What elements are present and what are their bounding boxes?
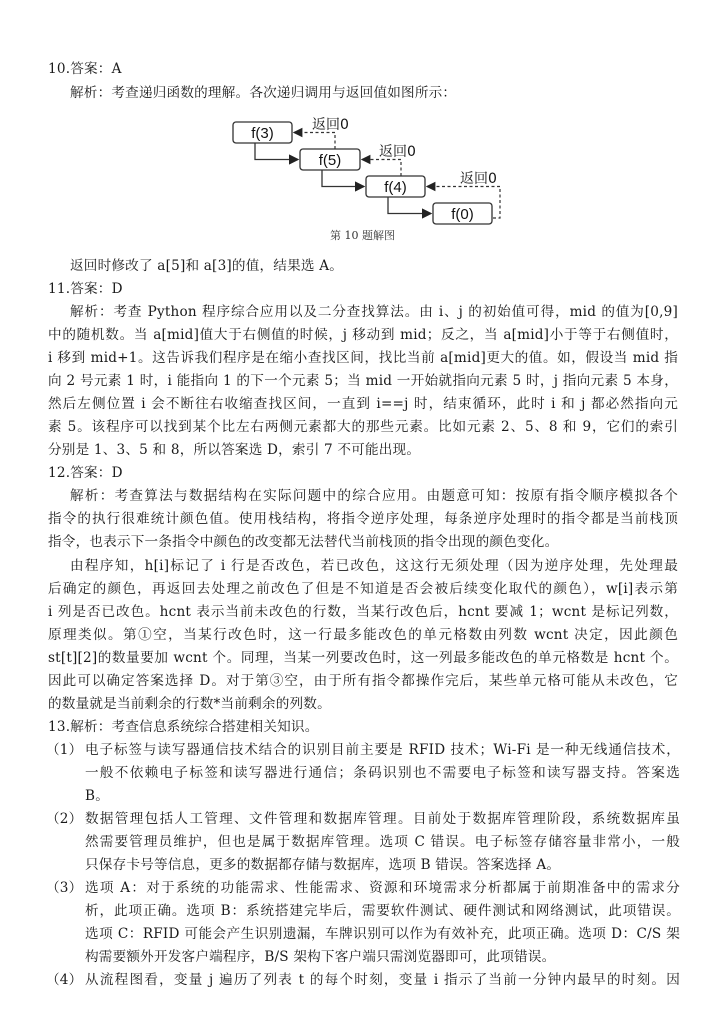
q12-line: 原理类似。第①空，当某行改色时，这一行最多能改色的单元格数由列数 wcnt 决定…: [48, 626, 678, 645]
q13-item-line: 电子标签与读写器通信技术结合的识别目前主要是 RFID 技术；Wi-Fi 是一种…: [85, 741, 680, 760]
figure-caption: 第 10 题解图: [0, 229, 725, 243]
node-f3: f(3): [233, 122, 292, 143]
return-arrow: [362, 160, 401, 177]
q10-answer: 10.答案：A: [48, 60, 122, 79]
q12-line: i 列是否已改色。hcnt 表示当前未改色的行数，当某行改色后，hcnt 要减 …: [48, 603, 678, 622]
q12-line: 解析：考查算法与数据结构在实际问题中的综合应用。由题意可知：按原有指令顺序模拟各…: [70, 487, 678, 506]
q13-item-line: 选项 C：RFID 可能会产生识别遗漏，车牌识别可以作为有效补充，此项正确。选项…: [85, 925, 680, 944]
q11-line: 向 2 号元素 1 时，i 能指向 1 的下一个元素 5；当 mid 一开始就指…: [48, 372, 678, 391]
node-f5: f(5): [300, 149, 360, 170]
return-label: 返回0: [379, 144, 416, 160]
q11-line: 解析：考查 Python 程序综合应用以及二分查找算法。由 i、j 的初始值可得…: [70, 303, 678, 322]
recursion-diagram: f(3) f(5) f(4) f(0) 返回0: [225, 112, 515, 232]
return-label: 返回0: [460, 171, 497, 187]
q11-answer: 11.答案：D: [48, 280, 123, 299]
q13-item-line: B。: [85, 787, 109, 806]
svg-text:f(0): f(0): [451, 206, 474, 223]
node-f0: f(0): [433, 203, 492, 224]
q12-line: 后确定的颜色，再返回去处理之前改色了但是不知道是否会被后续变化取代的颜色），w[…: [48, 580, 678, 599]
q13-item-label: （1）: [46, 741, 82, 760]
q12-line: 指令的执行很难统计颜色值。使用栈结构，将指令逆序处理，每条逆序处理时的指令都是当…: [48, 510, 678, 529]
q12-answer: 12.答案：D: [48, 464, 123, 483]
call-arrow: [388, 197, 431, 214]
q13-item-label: （3）: [46, 879, 82, 898]
svg-text:f(5): f(5): [319, 152, 342, 169]
q13-item-line: 析，此项正确。选项 B：系统搭建完毕后，需要软件测试、硬件测试和网络测试，此项错…: [85, 902, 680, 921]
call-arrow: [255, 143, 298, 160]
q13-item-line: 构需要额外开发客户端程序，B/S 架构下客户端只需浏览器即可，此项错误。: [85, 948, 555, 967]
q11-line: 然后左侧位置 i 会不断往右收缩查找区间，一直到 i==j 时，结束循环，此时 …: [48, 395, 678, 414]
q13-item-line: 数据管理包括人工管理、文件管理和数据库管理。目前处于数据库管理阶段，系统数据库虽: [85, 810, 680, 829]
q10-conclusion: 返回时修改了 a[5]和 a[3]的值，结果选 A。: [70, 257, 343, 276]
svg-text:f(4): f(4): [384, 179, 407, 196]
q13-item-line: 从流程图看，变量 j 遍历了列表 t 的每个时刻，变量 i 指示了当前一分钟内最…: [85, 971, 680, 990]
q11-line: 素 5。该程序可以找到某个比左右两侧元素都大的那些元素。比如元素 2、5、8 和…: [48, 418, 678, 437]
q12-line: 指令，也表示下一条指令中颜色的改变都无法替代当前栈顶的指令出现的颜色变化。: [48, 533, 558, 552]
q13-item-line: 然需要管理员维护，但也是属于数据库管理。选项 C 错误。电子标签存储容量非常小，…: [85, 833, 680, 852]
q13-item-line: 一般不依赖电子标签和读写器进行通信；条码识别也不需要电子标签和读写器支持。答案选: [85, 764, 680, 783]
q11-line: 分别是 1、3、5 和 8，所以答案选 D，索引 7 不可能出现。: [48, 441, 420, 460]
call-arrow: [322, 170, 364, 187]
return-label: 返回0: [312, 117, 349, 133]
q13-item-label: （4）: [46, 971, 82, 990]
document-page: 10.答案：A 解析：考查递归函数的理解。各次递归调用与返回值如图所示： f(3…: [0, 0, 725, 1024]
return-arrow: [294, 133, 335, 150]
q13-item-line: 选项 A：对于系统的功能需求、性能需求、资源和环境需求分析都属于前期准备中的需求…: [85, 879, 680, 898]
q10-analysis: 解析：考查递归函数的理解。各次递归调用与返回值如图所示：: [70, 84, 456, 103]
q11-line: i 移到 mid+1。这告诉我们程序是在缩小查找区间，找比当前 a[mid]更大…: [48, 349, 678, 368]
q11-line: 中的随机数。当 a[mid]值大于右侧值的时候，j 移动到 mid；反之，当 a…: [48, 326, 678, 345]
q13-item-line: 只保存卡号等信息，更多的数据都存储与数据库，选项 B 错误。答案选择 A。: [85, 856, 560, 875]
q12-line: 由程序知，h[i]标记了 i 行是否改色，若已改色，这这行无须处理（因为逆序处理…: [70, 557, 678, 576]
q12-line: 因此可以确定答案选择 D。对于第③空，由于所有指令都操作完后，某些单元格可能从未…: [48, 672, 678, 691]
q12-line: st[t][2]的数量要加 wcnt 个。同理，当某一列要改色时，这一列最多能改…: [48, 649, 678, 668]
q13-item-label: （2）: [46, 810, 82, 829]
q13-heading: 13.解析：考查信息系统综合搭建相关知识。: [48, 718, 319, 737]
node-f4: f(4): [366, 176, 425, 197]
q12-line: 的数量就是当前剩余的行数*当前剩余的列数。: [48, 695, 331, 714]
svg-text:f(3): f(3): [251, 125, 274, 142]
